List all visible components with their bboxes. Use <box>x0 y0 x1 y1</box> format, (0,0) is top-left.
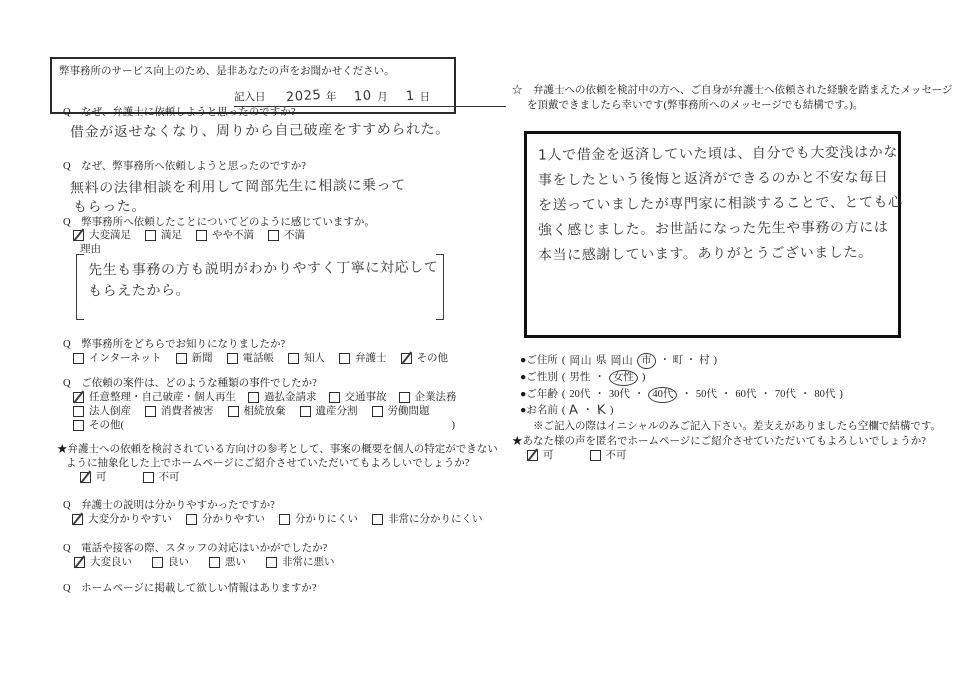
profile-initials-note: ※ご記入の際はイニシャルのみご記入下さい。差支えがありましたら空欄で結構です。 <box>533 420 941 433</box>
q1-question: Q なぜ、弁護士に依頼しようと思ったのですか? <box>63 106 295 119</box>
q6-option: 可 <box>80 471 107 484</box>
q7-option: 大変分かりやすい <box>72 513 172 526</box>
message-request-line1: ☆ 弁護士への依頼を検討中の方へ、ご自身が弁護士へ依頼された経験を踏まえたメッセ… <box>512 84 952 97</box>
message-line: 強く感じました。お世話になった先生や事務の方には <box>538 215 898 243</box>
date-month-unit: 月 <box>377 91 388 104</box>
q7-option: 分かりにくい <box>279 513 358 526</box>
q8-option: 非常に悪い <box>266 556 335 569</box>
q5-option: 交通事故 <box>329 391 387 404</box>
checkbox <box>266 557 277 568</box>
checkbox <box>145 230 156 241</box>
q4-options: インターネット 新聞 電話帳 知人 弁護士 その他 <box>73 352 462 365</box>
option-label: 企業法務 <box>415 391 457 404</box>
checkbox <box>72 514 83 525</box>
paren: ) <box>713 354 717 368</box>
profile-age-line: ●ご年齢 ( 20代 ・ 30代 ・ 40代 ・ 50代 ・ 60代 ・ 70代… <box>520 387 941 403</box>
address-rest: ・ 町 ・ 村 <box>660 354 710 368</box>
checkbox <box>176 353 187 364</box>
date-label: 記入日 <box>234 91 266 104</box>
q5-other-close-paren: ) <box>452 419 456 432</box>
option-label: 非常に分かりにくい <box>388 513 483 526</box>
message-line: 事をしたという後悔と返済ができるのかと不安な毎日 <box>538 165 898 193</box>
q3-option: 大変満足 <box>73 229 131 242</box>
message-request-line2: を頂戴できましたら幸いです(弊事務所へのメッセージでも結構です。)。 <box>527 99 863 112</box>
option-label: 大変満足 <box>89 229 131 242</box>
q7-question: Q 弁護士の説明は分かりやすかったですか? <box>63 499 275 512</box>
option-label: 分かりやすい <box>202 513 265 526</box>
q5-option: 消費者被害 <box>145 405 214 418</box>
q5-option: 企業法務 <box>399 391 457 404</box>
option-label: 遺産分割 <box>316 405 358 418</box>
q3-option: 満足 <box>145 229 182 242</box>
paren: ( <box>562 354 566 368</box>
bracket-left <box>76 254 84 320</box>
option-label: 法人倒産 <box>89 405 131 418</box>
checkbox <box>300 406 311 417</box>
checkbox <box>228 406 239 417</box>
paren: ( <box>562 388 566 402</box>
age-option: 40代 <box>648 387 677 403</box>
q6-option: 不可 <box>143 471 180 484</box>
option-label: 不満 <box>284 229 305 242</box>
q4-option: 知人 <box>288 352 325 365</box>
message-line: 本当に感謝しています。ありがとうございました。 <box>538 240 898 268</box>
checkbox <box>227 353 238 364</box>
checkbox <box>288 353 299 364</box>
age-option: 70代 <box>775 388 796 402</box>
checkbox <box>73 406 84 417</box>
q8-option: 大変良い <box>74 556 132 569</box>
q6-consent-line2: ように抽象化した上でホームページにご紹介させていただいてもよろしいでしょうか? <box>66 457 469 470</box>
profile-section: ●ご住所 ( 岡山 県 岡山 市 ・ 町 ・ 村 ) ●ご性別 ( 男性 ・ 女… <box>520 353 941 433</box>
address-city-unit: 市 <box>637 353 656 369</box>
q5-options-row2: 法人倒産 消費者被害 相続放棄 遺産分割 労働問題 <box>73 405 444 418</box>
option-label: やや不満 <box>212 229 254 242</box>
dot-separator: ・ <box>721 388 732 402</box>
q5-option: 遺産分割 <box>300 405 358 418</box>
paren: ( <box>562 371 566 385</box>
header-title: 弊事務所のサービス向上のため、是非あなたの声をお聞かせください。 <box>52 59 454 78</box>
name-last-initial: K <box>597 404 607 419</box>
gender-male: 男性 <box>569 371 590 385</box>
q6-options: 可 不可 <box>80 471 194 484</box>
q4-option: 電話帳 <box>227 352 275 365</box>
q4-option: インターネット <box>73 352 162 365</box>
q2-answer-line1: 無料の法律相談を利用して岡部先生に相談に乗って <box>70 175 406 198</box>
q3-question: Q 弊事務所へ依頼したことについてどのように感じていますか。 <box>63 216 375 229</box>
dot-separator: ・ <box>634 388 645 402</box>
checkbox <box>372 406 383 417</box>
q7-options: 大変分かりやすい 分かりやすい 分かりにくい 非常に分かりにくい <box>72 513 497 526</box>
profile-address-line: ●ご住所 ( 岡山 県 岡山 市 ・ 町 ・ 村 ) <box>520 353 941 369</box>
q2-answer-line2: もらった。 <box>73 196 146 217</box>
checkbox <box>372 514 383 525</box>
q3-options: 大変満足 満足 やや不満 不満 <box>73 229 319 242</box>
age-option: 80代 <box>814 388 835 402</box>
anon-option: 可 <box>527 449 554 462</box>
name-label: ●お名前 <box>520 404 558 418</box>
checkbox <box>73 392 84 403</box>
option-label: インターネット <box>89 352 162 365</box>
option-label: その他 <box>417 352 449 365</box>
option-label: 非常に悪い <box>282 556 335 569</box>
dot-separator: ・ <box>800 388 811 402</box>
date-month-value: 10 <box>354 88 373 105</box>
message-box: 1人で借金を返済していた頃は、自分でも大変浅はかな 事をしたという後悔と返済がで… <box>524 131 901 338</box>
dot-separator: ・ <box>594 388 605 402</box>
message-line: 1人で借金を返済していた頃は、自分でも大変浅はかな <box>538 140 898 168</box>
q8-option: 悪い <box>209 556 246 569</box>
q5-option: 労働問題 <box>372 405 430 418</box>
option-label: 電話帳 <box>243 352 275 365</box>
q8-question: Q 電話や接客の際、スタッフの対応はいかがでしたか? <box>63 542 327 555</box>
date-row: 記入日 2025 年 10 月 1 日 <box>234 89 506 107</box>
option-label: 相続放棄 <box>244 405 286 418</box>
option-label: 悪い <box>225 556 246 569</box>
anon-consent-question: ★あなた様の声を匿名でホームページにご紹介させていただいてもよろしいでしょうか? <box>512 435 926 448</box>
option-label: 消費者被害 <box>161 405 214 418</box>
profile-gender-line: ●ご性別 ( 男性 ・ 女性 ) <box>520 370 941 386</box>
q4-question: Q 弊事務所をどちらでお知りになりましたか? <box>63 338 285 351</box>
checkbox <box>209 557 220 568</box>
q5-option: 過払金請求 <box>248 391 317 404</box>
gender-label: ●ご性別 <box>520 371 558 385</box>
q3-reason-bracket: 先生も事務の方も説明がわかりやすく丁寧に対応して もらえたから。 <box>76 254 444 320</box>
age-option: 60代 <box>735 388 756 402</box>
paren: ) <box>839 388 843 402</box>
option-label: 不可 <box>606 449 627 462</box>
option-label: その他( <box>89 419 124 432</box>
profile-name-line: ●お名前 ( A ・ K ) <box>520 404 941 418</box>
address-pref-handwriting: 岡山 <box>569 354 592 368</box>
q2-question: Q なぜ、弊事務所へ依頼しようと思ったのですか? <box>63 160 306 173</box>
checkbox <box>80 472 91 483</box>
q8-options: 大変良い 良い 悪い 非常に悪い <box>74 556 349 569</box>
checkbox <box>152 557 163 568</box>
option-label: 任意整理・自己破産・個人再生 <box>89 391 236 404</box>
q5-option: 相続放棄 <box>228 405 286 418</box>
dot-separator: ・ <box>583 404 594 418</box>
checkbox <box>73 230 84 241</box>
checkbox <box>145 406 156 417</box>
checkbox <box>401 353 412 364</box>
dot-separator: ・ <box>594 371 605 385</box>
q6-consent-line1: ★弁護士への依頼を検討されている方向けの参考として、事案の概要を個人の特定ができ… <box>57 443 498 456</box>
message-line: を送っていましたが専門家に相談することで、とても心 <box>538 190 898 218</box>
checkbox <box>527 450 538 461</box>
paren: ( <box>562 404 566 418</box>
dot-separator: ・ <box>760 388 771 402</box>
anon-options: 可 不可 <box>527 449 641 462</box>
checkbox <box>73 420 84 431</box>
paren: ) <box>610 404 614 418</box>
date-year-unit: 年 <box>326 91 337 104</box>
q4-option: その他 <box>401 352 449 365</box>
q3-option: やや不満 <box>196 229 254 242</box>
name-first-initial: A <box>569 404 579 419</box>
q3-reason-line2: もらえたから。 <box>88 280 190 301</box>
option-label: 不可 <box>159 471 180 484</box>
scanned-questionnaire-page: 弊事務所のサービス向上のため、是非あなたの声をお聞かせください。 記入日 202… <box>0 0 980 694</box>
checkbox <box>186 514 197 525</box>
checkbox <box>339 353 350 364</box>
dot-separator: ・ <box>681 388 692 402</box>
q4-option: 新聞 <box>176 352 213 365</box>
checkbox <box>74 557 85 568</box>
q3-reason-line1: 先生も事務の方も説明がわかりやすく丁寧に対応して <box>88 256 439 279</box>
q3-option: 不満 <box>268 229 305 242</box>
address-label: ●ご住所 <box>520 354 558 368</box>
checkbox <box>143 472 154 483</box>
checkbox <box>279 514 290 525</box>
date-year-value: 2025 <box>285 88 322 107</box>
option-label: 満足 <box>161 229 182 242</box>
checkbox <box>590 450 601 461</box>
age-option: 20代 <box>569 388 590 402</box>
address-city-handwriting: 岡山 <box>610 354 633 368</box>
option-label: 知人 <box>304 352 325 365</box>
age-option: 30代 <box>609 388 630 402</box>
q5-option-other: その他( <box>73 419 124 432</box>
option-label: 新聞 <box>192 352 213 365</box>
checkbox <box>196 230 207 241</box>
gender-female: 女性 <box>609 370 638 386</box>
q5-option: 任意整理・自己破産・個人再生 <box>73 391 236 404</box>
option-label: 可 <box>543 449 554 462</box>
q5-question: Q ご依頼の案件は、どのような種類の事件でしたか? <box>63 377 317 390</box>
option-label: 交通事故 <box>345 391 387 404</box>
q9-question: Q ホームページに掲載して欲しい情報はありますか? <box>63 582 317 595</box>
paren: ) <box>642 371 646 385</box>
option-label: 大変分かりやすい <box>88 513 172 526</box>
option-label: 良い <box>168 556 189 569</box>
age-label: ●ご年齢 <box>520 388 558 402</box>
q5-options-row3: その他( ) <box>73 419 455 432</box>
anon-option: 不可 <box>590 449 627 462</box>
option-label: 大変良い <box>90 556 132 569</box>
checkbox <box>268 230 279 241</box>
q4-option: 弁護士 <box>339 352 387 365</box>
date-day-unit: 日 <box>420 91 431 104</box>
option-label: 分かりにくい <box>295 513 358 526</box>
checkbox <box>248 392 259 403</box>
checkbox <box>73 353 84 364</box>
option-label: 可 <box>96 471 107 484</box>
q5-options-row1: 任意整理・自己破産・個人再生 過払金請求 交通事故 企業法務 <box>73 391 457 404</box>
q5-option: 法人倒産 <box>73 405 131 418</box>
q1-answer-handwriting: 借金が返せなくなり、周りから自己破産をすすめられた。 <box>70 118 450 141</box>
address-pref-unit: 県 <box>596 354 607 368</box>
age-option: 50代 <box>696 388 717 402</box>
option-label: 過払金請求 <box>264 391 317 404</box>
q7-option: 非常に分かりにくい <box>372 513 483 526</box>
checkbox <box>399 392 410 403</box>
option-label: 労働問題 <box>388 405 430 418</box>
date-day-value: 1 <box>405 88 415 105</box>
option-label: 弁護士 <box>355 352 387 365</box>
checkbox <box>329 392 340 403</box>
q8-option: 良い <box>152 556 189 569</box>
q7-option: 分かりやすい <box>186 513 265 526</box>
